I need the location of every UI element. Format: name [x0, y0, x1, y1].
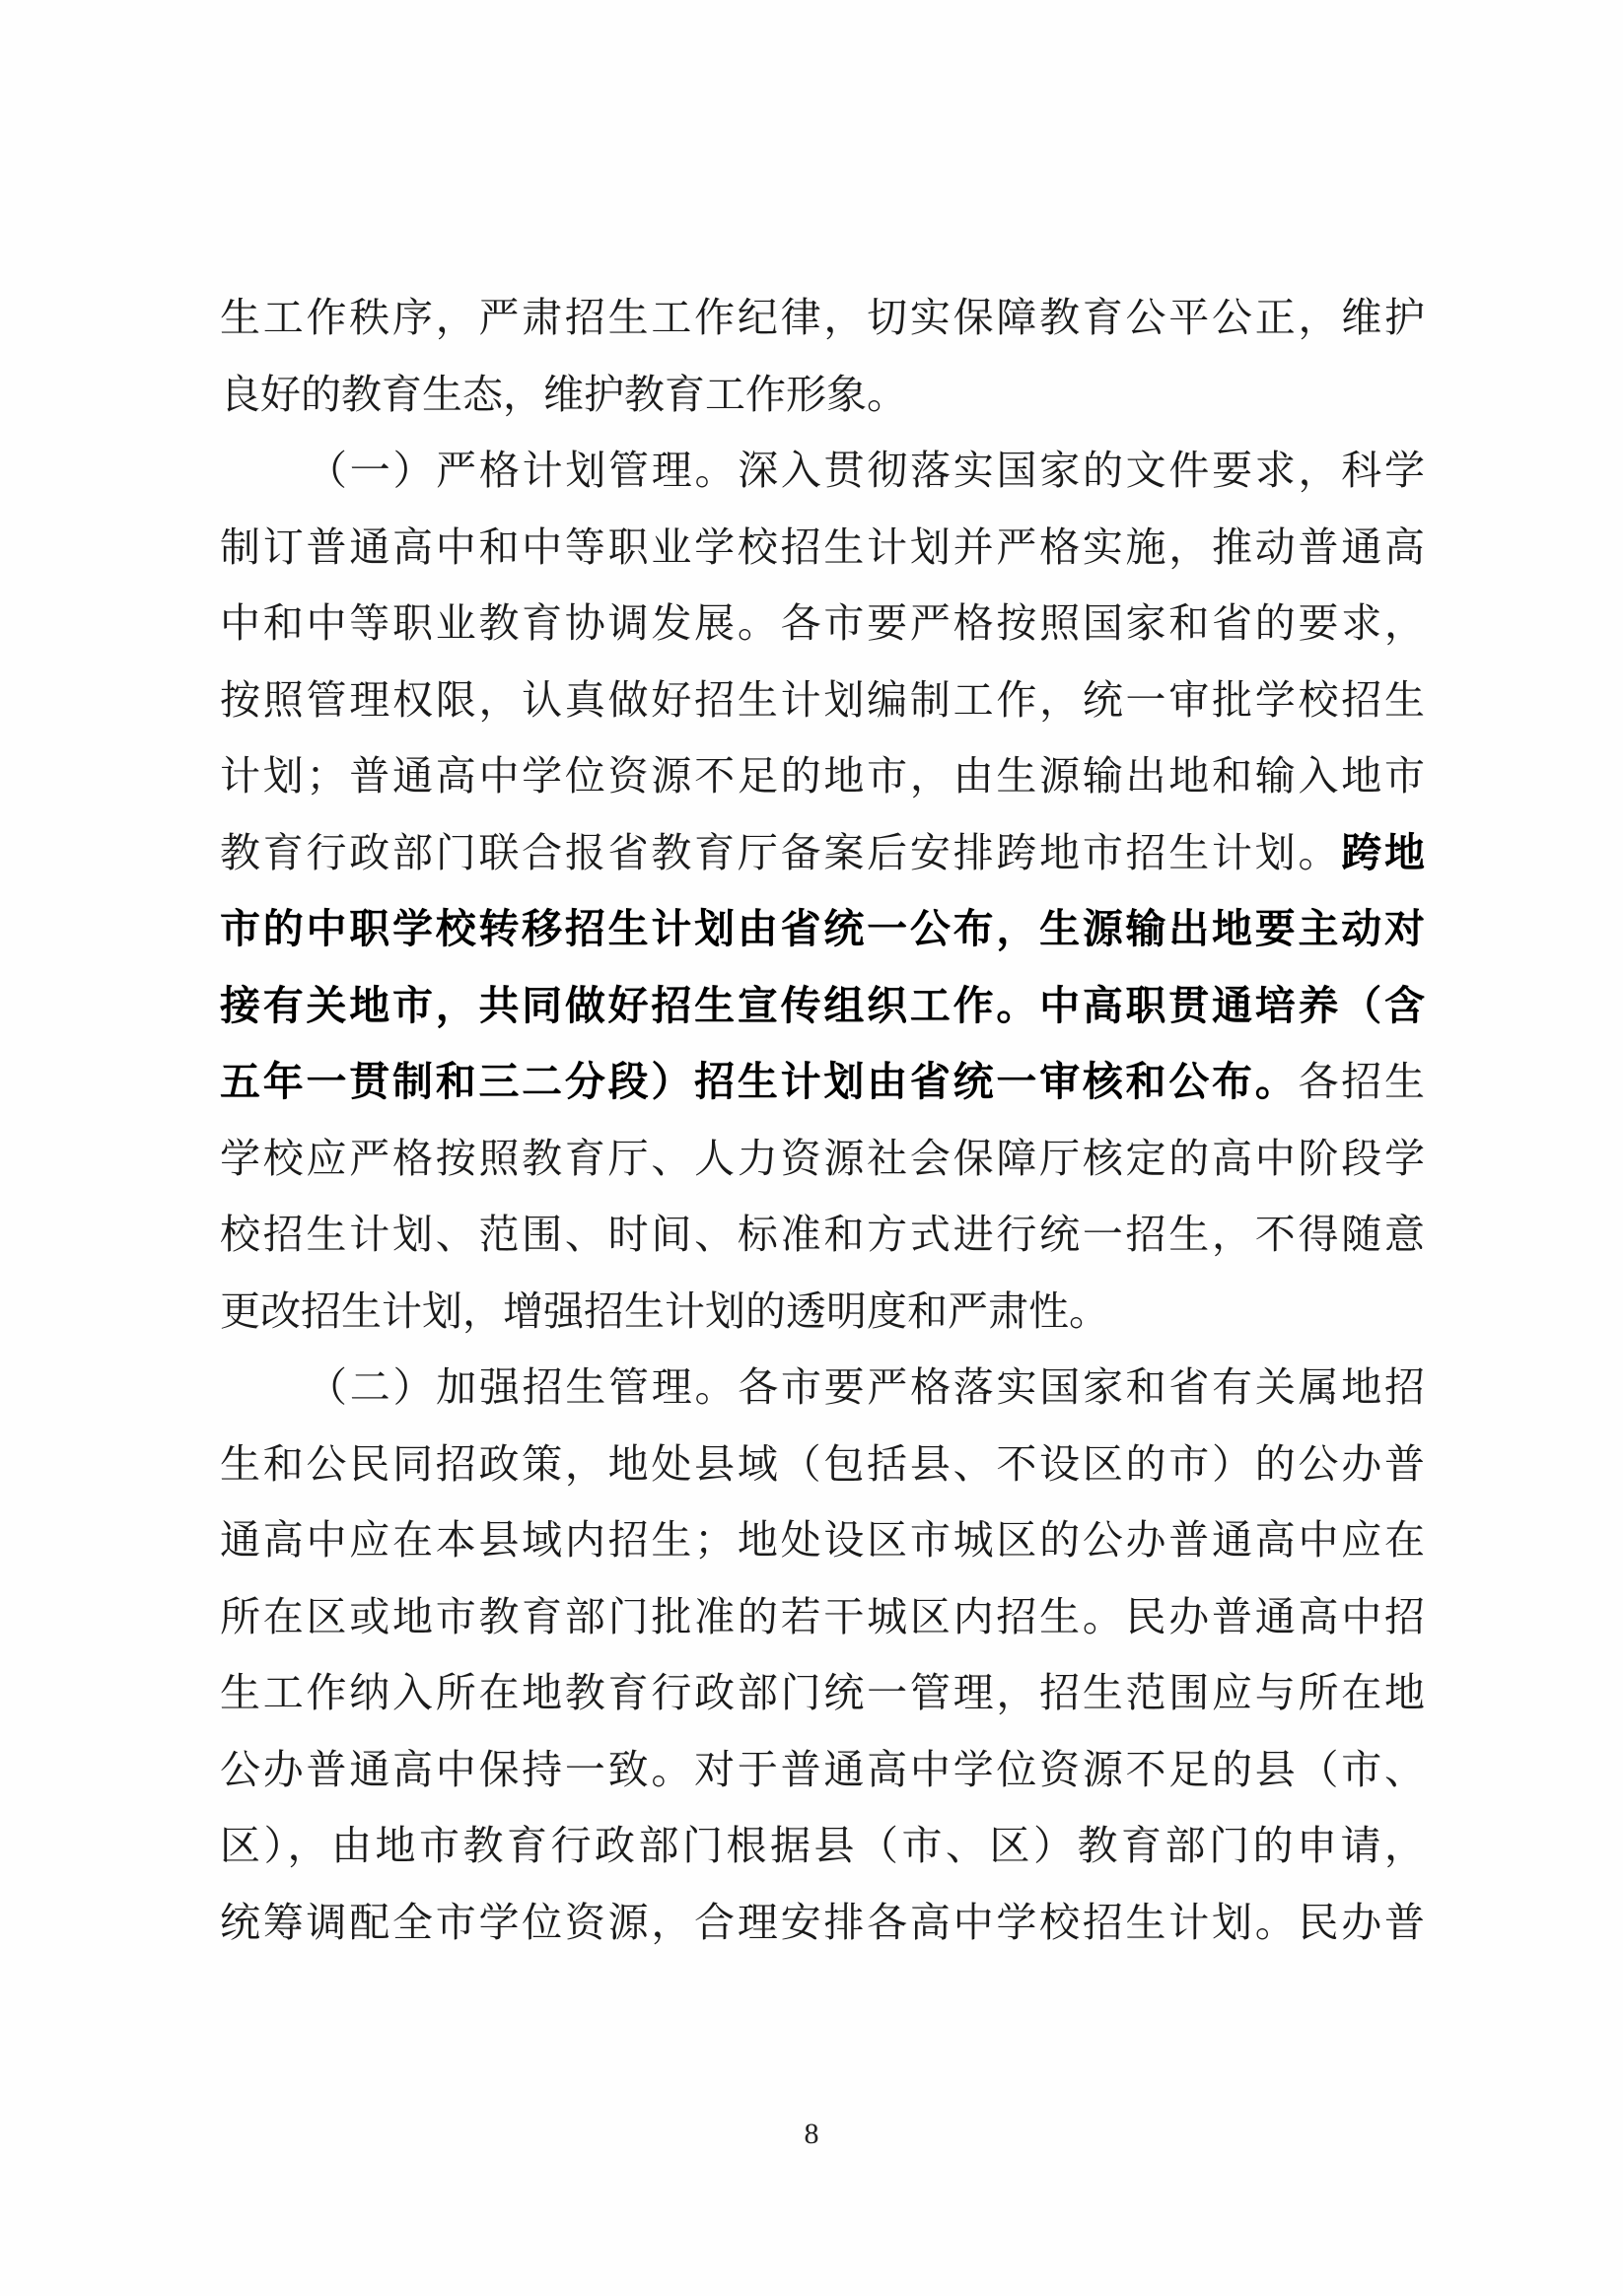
text-run: 教育行政部门联合报省教育厅备案后安排跨地市招生计划。: [220, 829, 1341, 876]
document-page: 生工作秩序，严肃招生工作纪律，切实保障教育公平公正，维护良好的教育生态，维护教育…: [0, 0, 1623, 2296]
text-line: 中和中等职业教育协调发展。各市要严格按照国家和省的要求，: [220, 591, 1425, 668]
text-line: 学校应严格按照教育厅、人力资源社会保障厅核定的高中阶段学: [220, 1127, 1425, 1204]
text-run: 更改招生计划，增强招生计划的透明度和严肃性。: [220, 1287, 1109, 1335]
text-line: 更改招生计划，增强招生计划的透明度和严肃性。: [220, 1280, 1425, 1357]
text-run: 所在区或地市教育部门批准的若干城区内招生。民办普通高中招: [220, 1593, 1425, 1640]
text-run: 生和公民同招政策，地处县域（包括县、不设区的市）的公办普: [220, 1440, 1425, 1488]
text-line: 公办普通高中保持一致。对于普通高中学位资源不足的县（市、: [220, 1738, 1425, 1815]
text-run: 制订普通高中和中等职业学校招生计划并严格实施，推动普通高: [220, 523, 1425, 571]
text-run: 生工作纳入所在地教育行政部门统一管理，招生范围应与所在地: [220, 1669, 1425, 1716]
text-line: 区），由地市教育行政部门根据县（市、区）教育部门的申请，: [220, 1814, 1425, 1891]
text-line: 通高中应在本县域内招生；地处设区市城区的公办普通高中应在: [220, 1508, 1425, 1585]
text-line: 统筹调配全市学位资源，合理安排各高中学校招生计划。民办普: [220, 1891, 1425, 1968]
text-line: （一）严格计划管理。深入贯彻落实国家的文件要求，科学: [220, 439, 1425, 516]
text-run: 各招生: [1299, 1058, 1425, 1105]
body-text: 生工作秩序，严肃招生工作纪律，切实保障教育公平公正，维护良好的教育生态，维护教育…: [220, 286, 1425, 1967]
text-run: 学校应严格按照教育厅、人力资源社会保障厅核定的高中阶段学: [220, 1135, 1425, 1182]
text-run: （一）严格计划管理。深入贯彻落实国家的文件要求，科学: [307, 447, 1425, 494]
text-line: 接有关地市，共同做好招生宣传组织工作。中高职贯通培养（含: [220, 974, 1425, 1051]
text-line: 按照管理权限，认真做好招生计划编制工作，统一审批学校招生: [220, 668, 1425, 745]
bold-text-run: 五年一贯制和三二分段）招生计划由省统一审核和公布。: [220, 1058, 1299, 1105]
page-number: 8: [0, 2118, 1623, 2151]
text-run: 区），由地市教育行政部门根据县（市、区）教育部门的申请，: [220, 1822, 1425, 1869]
text-run: 公办普通高中保持一致。对于普通高中学位资源不足的县（市、: [220, 1746, 1425, 1793]
text-line: 计划；普通高中学位资源不足的地市，由生源输出地和输入地市: [220, 744, 1425, 821]
text-run: 统筹调配全市学位资源，合理安排各高中学校招生计划。民办普: [220, 1899, 1425, 1946]
text-run: 按照管理权限，认真做好招生计划编制工作，统一审批学校招生: [220, 676, 1425, 724]
text-line: 市的中职学校转移招生计划由省统一公布，生源输出地要主动对: [220, 897, 1425, 974]
text-run: 校招生计划、范围、时间、标准和方式进行统一招生，不得随意: [220, 1211, 1425, 1258]
text-run: 计划；普通高中学位资源不足的地市，由生源输出地和输入地市: [220, 752, 1425, 800]
text-line: 制订普通高中和中等职业学校招生计划并严格实施，推动普通高: [220, 516, 1425, 592]
bold-text-run: 接有关地市，共同做好招生宣传组织工作。中高职贯通培养（含: [220, 982, 1425, 1029]
text-line: 校招生计划、范围、时间、标准和方式进行统一招生，不得随意: [220, 1203, 1425, 1280]
bold-text-run: 跨地: [1341, 829, 1425, 876]
text-line: 良好的教育生态，维护教育工作形象。: [220, 363, 1425, 440]
text-line: 生工作纳入所在地教育行政部门统一管理，招生范围应与所在地: [220, 1661, 1425, 1738]
text-line: （二）加强招生管理。各市要严格落实国家和省有关属地招: [220, 1356, 1425, 1432]
text-run: 良好的教育生态，维护教育工作形象。: [220, 371, 907, 418]
text-line: 生工作秩序，严肃招生工作纪律，切实保障教育公平公正，维护: [220, 286, 1425, 363]
text-run: 通高中应在本县域内招生；地处设区市城区的公办普通高中应在: [220, 1516, 1425, 1564]
text-line: 生和公民同招政策，地处县域（包括县、不设区的市）的公办普: [220, 1432, 1425, 1509]
text-line: 教育行政部门联合报省教育厅备案后安排跨地市招生计划。跨地: [220, 821, 1425, 898]
text-line: 所在区或地市教育部门批准的若干城区内招生。民办普通高中招: [220, 1585, 1425, 1662]
text-run: 中和中等职业教育协调发展。各市要严格按照国家和省的要求，: [220, 599, 1425, 647]
text-line: 五年一贯制和三二分段）招生计划由省统一审核和公布。各招生: [220, 1050, 1425, 1127]
text-run: 生工作秩序，严肃招生工作纪律，切实保障教育公平公正，维护: [220, 294, 1425, 341]
bold-text-run: 市的中职学校转移招生计划由省统一公布，生源输出地要主动对: [220, 905, 1425, 952]
text-run: （二）加强招生管理。各市要严格落实国家和省有关属地招: [307, 1363, 1425, 1411]
